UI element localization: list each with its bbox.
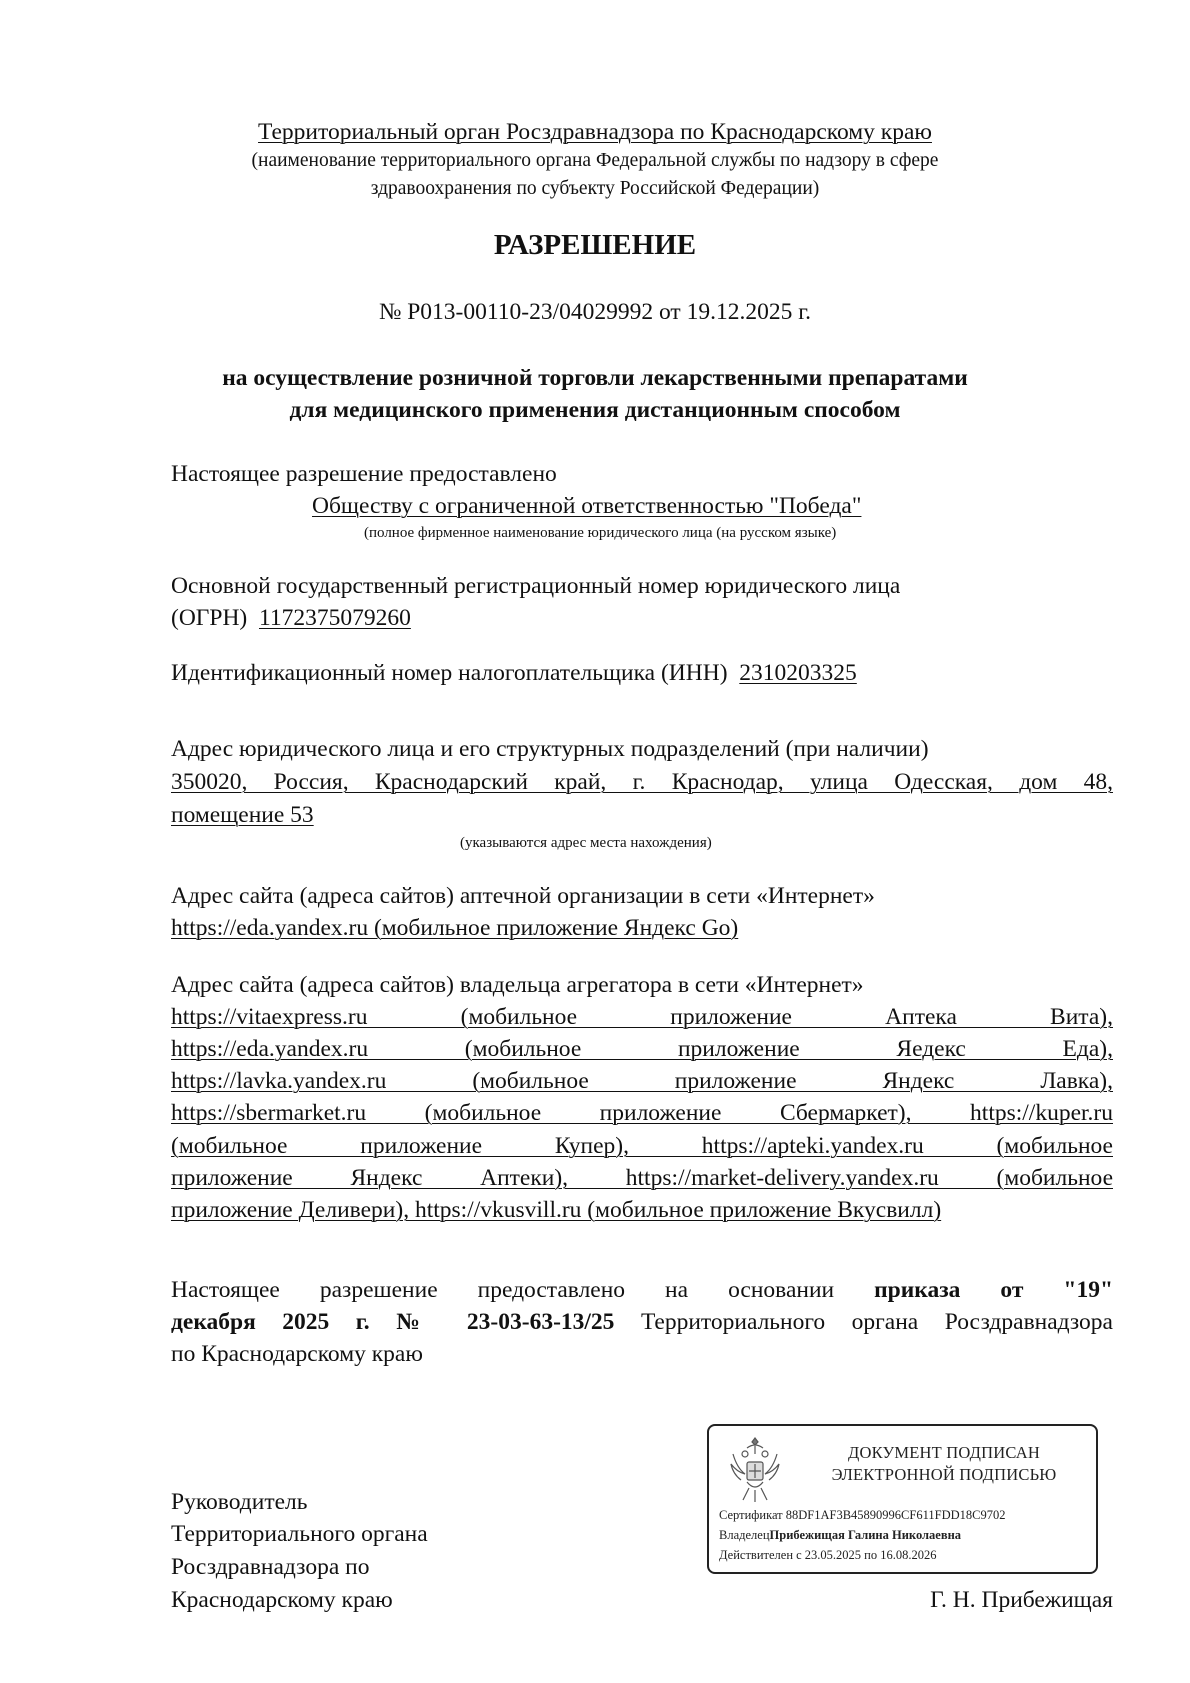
e-signature-stamp: ДОКУМЕНТ ПОДПИСАН ЭЛЕКТРОННОЙ ПОДПИСЬЮ С… — [707, 1424, 1098, 1574]
stamp-title-line1: ДОКУМЕНТ ПОДПИСАН — [809, 1442, 1079, 1464]
certificate-value: 88DF1AF3B45890996CF611FDD18C9702 — [786, 1508, 1006, 1522]
aggregator-site-line[interactable]: (мобильное приложение Купер), https://ap… — [171, 1130, 1113, 1162]
address-line1: 350020, Россия, Краснодарский край, г. К… — [171, 766, 1113, 798]
aggregator-sites-label: Адрес сайта (адреса сайтов) владельца аг… — [171, 969, 864, 1001]
ogrn-label: Основной государственный регистрационный… — [171, 570, 900, 602]
authority-caption-line1: (наименование территориального органа Фе… — [0, 147, 1190, 175]
aggregator-site-line[interactable]: приложение Яндекс Аптеки), https://marke… — [171, 1162, 1113, 1194]
basis-line2: декабря 2025 г. № 23-03-63-13/25 Террито… — [171, 1306, 1113, 1338]
signer-position-line: Краснодарскому краю — [171, 1584, 393, 1616]
inn-label: Идентификационный номер налогоплательщик… — [171, 660, 728, 686]
ogrn-row: (ОГРН) 1172375079260 — [171, 602, 411, 634]
ogrn-label-short: (ОГРН) — [171, 605, 247, 631]
basis-suffix: Территориального органа Росздравнадзора — [614, 1309, 1113, 1335]
ogrn-value: 1172375079260 — [259, 605, 411, 631]
signer-position-line: Руководитель — [171, 1486, 307, 1518]
signer-name: Г. Н. Прибежищая — [930, 1584, 1113, 1616]
basis-line1: Настоящее разрешение предоставлено на ос… — [171, 1274, 1113, 1306]
permit-number: № Р013-00110-23/04029992 от 19.12.2025 г… — [0, 296, 1190, 328]
aggregator-site-line[interactable]: https://lavka.yandex.ru (мобильное прило… — [171, 1065, 1113, 1097]
address-label: Адрес юридического лица и его структурны… — [171, 733, 929, 765]
owner-value: Прибежищая Галина Николаевна — [770, 1528, 962, 1542]
grantee-intro: Настоящее разрешение предоставлено — [171, 458, 557, 490]
stamp-validity: Действителен с 23.05.2025 по 16.08.2026 — [719, 1548, 937, 1563]
address-line2: помещение 53 — [171, 799, 314, 831]
grantee-name: Обществу с ограниченной ответственностью… — [312, 490, 861, 522]
authority-name: Территориальный орган Росздравнадзора по… — [0, 116, 1190, 148]
aggregator-site-line[interactable]: https://eda.yandex.ru (мобильное приложе… — [171, 1033, 1113, 1065]
signer-position-line: Росздравнадзора по — [171, 1551, 369, 1583]
basis-line3: по Краснодарскому краю — [171, 1338, 423, 1370]
address-caption: (указываются адрес места нахождения) — [460, 833, 712, 853]
stamp-title: ДОКУМЕНТ ПОДПИСАН ЭЛЕКТРОННОЙ ПОДПИСЬЮ — [809, 1442, 1079, 1486]
certificate-label: Сертификат — [719, 1508, 786, 1522]
owner-label: Владелец — [719, 1528, 770, 1542]
authority-caption-line2: здравоохранения по субъекту Российской Ф… — [0, 175, 1190, 203]
grantee-name-caption: (полное фирменное наименование юридическ… — [364, 523, 836, 543]
stamp-title-line2: ЭЛЕКТРОННОЙ ПОДПИСЬЮ — [809, 1464, 1079, 1486]
inn-value: 2310203325 — [739, 660, 857, 686]
basis-order-part2: декабря 2025 г. № 23-03-63-13/25 — [171, 1309, 614, 1335]
purpose-line2: для медицинского применения дистанционны… — [0, 394, 1190, 426]
authority-name-text: Территориальный орган Росздравнадзора по… — [258, 119, 932, 145]
purpose-line1: на осуществление розничной торговли лека… — [0, 362, 1190, 394]
basis-prefix: Настоящее разрешение предоставлено на ос… — [171, 1277, 874, 1303]
document-title: РАЗРЕШЕНИЕ — [0, 225, 1190, 265]
aggregator-site-line[interactable]: https://vitaexpress.ru (мобильное прилож… — [171, 1001, 1113, 1033]
stamp-certificate: Сертификат 88DF1AF3B45890996CF611FDD18C9… — [719, 1508, 1005, 1523]
russian-coat-of-arms-icon — [725, 1434, 785, 1506]
aggregator-site-line[interactable]: https://sbermarket.ru (мобильное приложе… — [171, 1097, 1113, 1129]
stamp-owner: ВладелецПрибежищая Галина Николаевна — [719, 1528, 961, 1543]
pharmacy-site-link[interactable]: https://eda.yandex.ru (мобильное приложе… — [171, 912, 738, 944]
basis-order-part1: приказа от "19" — [874, 1277, 1113, 1303]
signer-position-line: Территориального органа — [171, 1518, 428, 1550]
pharmacy-site-label: Адрес сайта (адреса сайтов) аптечной орг… — [171, 880, 875, 912]
inn-row: Идентификационный номер налогоплательщик… — [171, 657, 857, 689]
aggregator-site-line[interactable]: приложение Деливери), https://vkusvill.r… — [171, 1194, 941, 1226]
